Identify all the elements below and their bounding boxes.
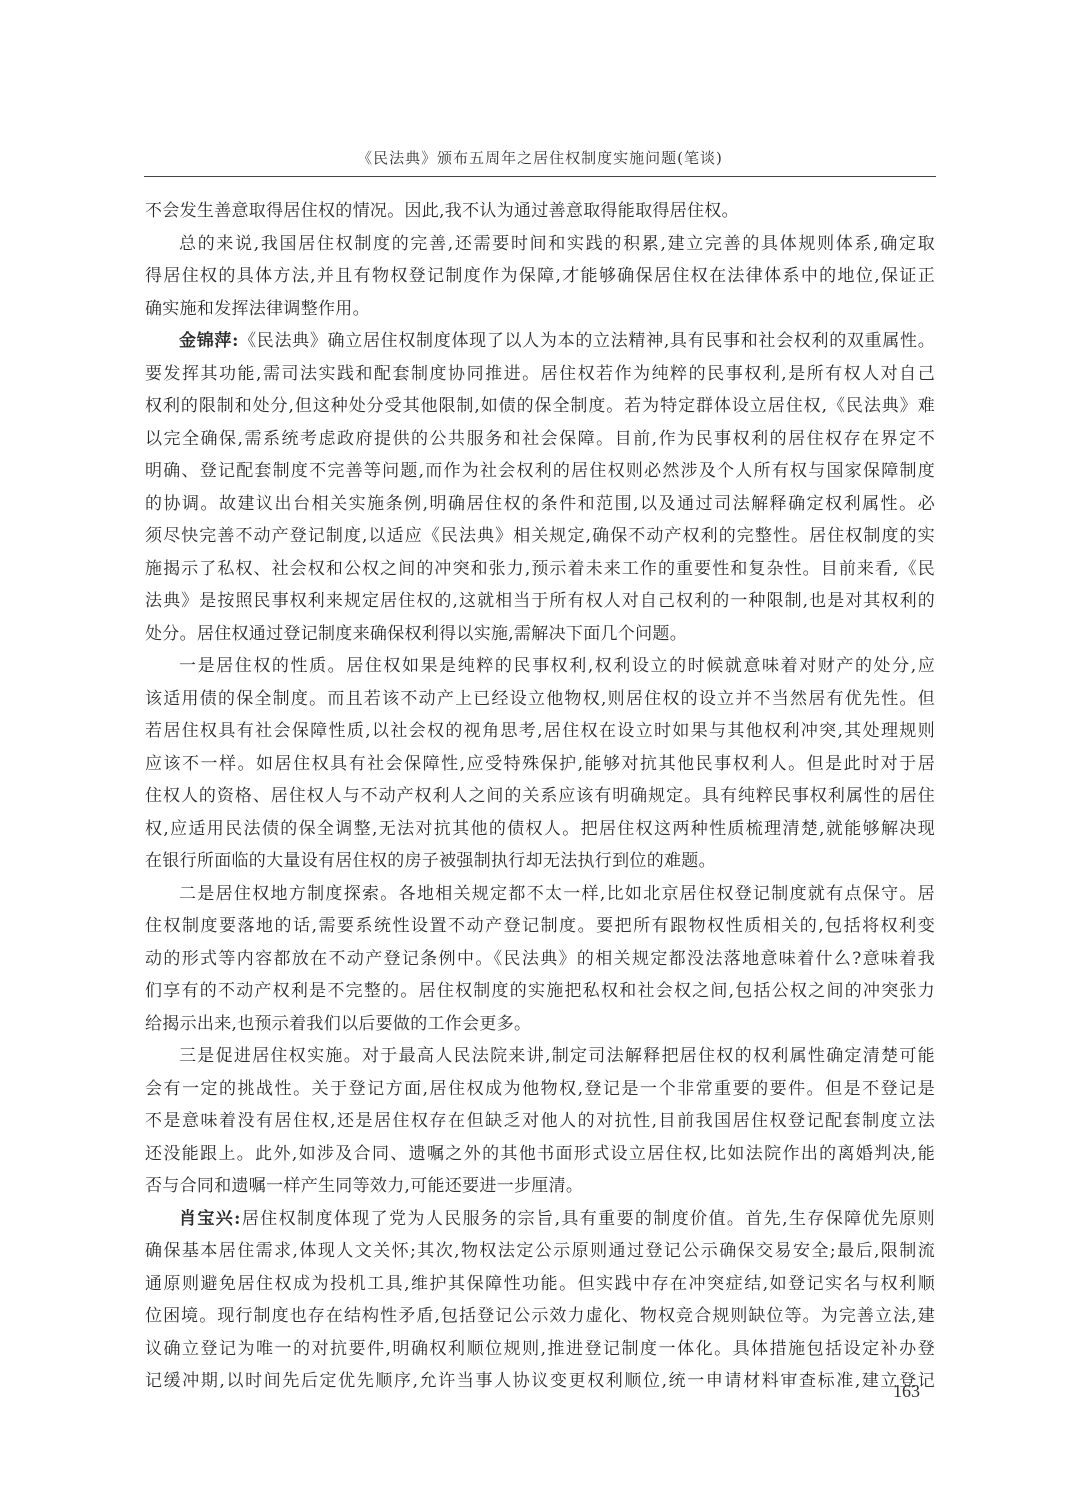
- line-text: 位困境。现行制度也存在结构性矛盾,包括登记公示效力虚化、物权竞合规则缺位等。为完…: [145, 1306, 935, 1326]
- text-line: 位困境。现行制度也存在结构性矛盾,包括登记公示效力虚化、物权竞合规则缺位等。为完…: [145, 1300, 935, 1333]
- line-text: 法典》是按照民事权利来规定居住权的,这就相当于所有权人对自己权利的一种限制,也是…: [145, 591, 935, 611]
- line-text: 否与合同和遗嘱一样产生同等效力,可能还要进一步厘清。: [145, 1176, 583, 1196]
- speaker-name: 金锦萍:: [179, 331, 239, 351]
- line-text: 在银行所面临的大量设有居住权的房子被强制执行却无法执行到位的难题。: [145, 851, 716, 871]
- paragraph: 不会发生善意取得居住权的情况。因此,我不认为通过善意取得能取得居住权。: [145, 195, 935, 228]
- line-text: 不是意味着没有居住权,还是居住权存在但缺乏对他人的对抗性,目前我国居住权登记配套…: [145, 1111, 935, 1131]
- text-line: 议确立登记为唯一的对抗要件,明确权利顺位规则,推进登记制度一体化。具体措施包括设…: [145, 1333, 935, 1366]
- text-line: 若居住权具有社会保障性质,以社会权的视角思考,居住权在设立时如果与其他权利冲突,…: [145, 715, 935, 748]
- text-line: 以完全确保,需系统考虑政府提供的公共服务和社会保障。目前,作为民事权利的居住权存…: [145, 423, 935, 456]
- text-line: 须尽快完善不动产登记制度,以适应《民法典》相关规定,确保不动产权利的完整性。居住…: [145, 520, 935, 553]
- line-text: 确保基本居住需求,体现人文关怀;其次,物权法定公示原则通过登记公示确保交易安全;…: [145, 1241, 935, 1261]
- line-text: 们享有的不动产权利是不完整的。居住权制度的实施把私权和社会权之间,包括公权之间的…: [145, 981, 935, 1001]
- line-text: 须尽快完善不动产登记制度,以适应《民法典》相关规定,确保不动产权利的完整性。居住…: [145, 526, 935, 546]
- line-text: 处分。居住权通过登记制度来确保权利得以实施,需解决下面几个问题。: [145, 624, 687, 644]
- text-line: 权利的限制和处分,但这种处分受其他限制,如债的保全制度。若为特定群体设立居住权,…: [145, 390, 935, 423]
- header-rule: [144, 176, 936, 177]
- text-line: 住权制度要落地的话,需要系统性设置不动产登记制度。要把所有跟物权性质相关的,包括…: [145, 910, 935, 943]
- line-text: 给揭示出来,也预示着我们以后要做的工作会更多。: [145, 1014, 531, 1034]
- line-text: 总的来说,我国居住权制度的完善,还需要时间和实践的积累,建立完善的具体规则体系,…: [179, 234, 935, 254]
- paragraph: 三是促进居住权实施。对于最高人民法院来讲,制定司法解释把居住权的权利属性确定清楚…: [145, 1040, 935, 1203]
- line-text: 要发挥其功能,需司法实践和配套制度协同推进。居住权若作为纯粹的民事权利,是所有权…: [145, 364, 935, 384]
- line-text: 确实施和发挥法律调整作用。: [145, 299, 370, 319]
- text-line: 否与合同和遗嘱一样产生同等效力,可能还要进一步厘清。: [145, 1170, 935, 1203]
- page-number: 163: [893, 1381, 920, 1402]
- text-line: 的协调。故建议出台相关实施条例,明确居住权的条件和范围,以及通过司法解释确定权利…: [145, 488, 935, 521]
- text-line: 要发挥其功能,需司法实践和配套制度协同推进。居住权若作为纯粹的民事权利,是所有权…: [145, 358, 935, 391]
- paragraph: 金锦萍:《民法典》确立居住权制度体现了以人为本的立法精神,具有民事和社会权利的双…: [145, 325, 935, 650]
- text-line: 们享有的不动产权利是不完整的。居住权制度的实施把私权和社会权之间,包括公权之间的…: [145, 975, 935, 1008]
- line-text: 若居住权具有社会保障性质,以社会权的视角思考,居住权在设立时如果与其他权利冲突,…: [145, 721, 935, 741]
- text-line: 金锦萍:《民法典》确立居住权制度体现了以人为本的立法精神,具有民事和社会权利的双…: [145, 325, 935, 358]
- paragraph: 二是居住权地方制度探索。各地相关规定都不太一样,比如北京居住权登记制度就有点保守…: [145, 878, 935, 1041]
- line-text: 权,应适用民法债的保全调整,无法对抗其他的债权人。把居住权这两种性质梳理清楚,就…: [145, 819, 935, 839]
- text-line: 确保基本居住需求,体现人文关怀;其次,物权法定公示原则通过登记公示确保交易安全;…: [145, 1235, 935, 1268]
- line-text: 还没能跟上。此外,如涉及合同、遗嘱之外的其他书面形式设立居住权,比如法院作出的离…: [145, 1144, 935, 1164]
- line-text: 明确、登记配套制度不完善等问题,而作为社会权利的居住权则必然涉及个人所有权与国家…: [145, 461, 935, 481]
- line-text: 三是促进居住权实施。对于最高人民法院来讲,制定司法解释把居住权的权利属性确定清楚…: [179, 1046, 935, 1066]
- line-text: 权利的限制和处分,但这种处分受其他限制,如债的保全制度。若为特定群体设立居住权,…: [145, 396, 935, 416]
- line-text: 不会发生善意取得居住权的情况。因此,我不认为通过善意取得能取得居住权。: [145, 201, 739, 221]
- line-text: 居住权制度体现了党为人民服务的宗旨,具有重要的制度价值。首先,生存保障优先原则: [241, 1209, 935, 1229]
- text-line: 记缓冲期,以时间先后定优先顺序,允许当事人协议变更权利顺位,统一申请材料审查标准…: [145, 1365, 935, 1398]
- line-text: 会有一定的挑战性。关于登记方面,居住权成为他物权,登记是一个非常重要的要件。但是…: [145, 1079, 935, 1099]
- text-line: 动的形式等内容都放在不动产登记条例中。《民法典》的相关规定都没法落地意味着什么?…: [145, 943, 935, 976]
- text-line: 二是居住权地方制度探索。各地相关规定都不太一样,比如北京居住权登记制度就有点保守…: [145, 878, 935, 911]
- text-line: 施揭示了私权、社会权和公权之间的冲突和张力,预示着未来工作的重要性和复杂性。目前…: [145, 553, 935, 586]
- line-text: 得居住权的具体方法,并且有物权登记制度作为保障,才能够确保居住权在法律体系中的地…: [145, 266, 935, 286]
- paragraph: 一是居住权的性质。居住权如果是纯粹的民事权利,权利设立的时候就意味着对财产的处分…: [145, 650, 935, 878]
- running-head-title: 《民法典》颁布五周年之居住权制度实施问题(笔谈): [145, 147, 935, 168]
- text-line: 还没能跟上。此外,如涉及合同、遗嘱之外的其他书面形式设立居住权,比如法院作出的离…: [145, 1138, 935, 1171]
- text-line: 会有一定的挑战性。关于登记方面,居住权成为他物权,登记是一个非常重要的要件。但是…: [145, 1073, 935, 1106]
- text-line: 肖宝兴:居住权制度体现了党为人民服务的宗旨,具有重要的制度价值。首先,生存保障优…: [145, 1203, 935, 1236]
- text-line: 在银行所面临的大量设有居住权的房子被强制执行却无法执行到位的难题。: [145, 845, 935, 878]
- text-line: 一是居住权的性质。居住权如果是纯粹的民事权利,权利设立的时候就意味着对财产的处分…: [145, 650, 935, 683]
- paragraph: 总的来说,我国居住权制度的完善,还需要时间和实践的积累,建立完善的具体规则体系,…: [145, 228, 935, 326]
- line-text: 施揭示了私权、社会权和公权之间的冲突和张力,预示着未来工作的重要性和复杂性。目前…: [145, 559, 935, 579]
- line-text: 议确立登记为唯一的对抗要件,明确权利顺位规则,推进登记制度一体化。具体措施包括设…: [145, 1339, 935, 1359]
- line-text: 以完全确保,需系统考虑政府提供的公共服务和社会保障。目前,作为民事权利的居住权存…: [145, 429, 935, 449]
- line-text: 记缓冲期,以时间先后定优先顺序,允许当事人协议变更权利顺位,统一申请材料审查标准…: [145, 1371, 935, 1391]
- line-text: 动的形式等内容都放在不动产登记条例中。《民法典》的相关规定都没法落地意味着什么?…: [145, 949, 935, 969]
- text-line: 给揭示出来,也预示着我们以后要做的工作会更多。: [145, 1008, 935, 1041]
- line-text: 应该不一样。如居住权具有社会保障性,应受特殊保护,能够对抗其他民事权利人。但是此…: [145, 754, 935, 774]
- text-line: 权,应适用民法债的保全调整,无法对抗其他的债权人。把居住权这两种性质梳理清楚,就…: [145, 813, 935, 846]
- line-text: 住权制度要落地的话,需要系统性设置不动产登记制度。要把所有跟物权性质相关的,包括…: [145, 916, 935, 936]
- speaker-name: 肖宝兴:: [179, 1209, 241, 1229]
- line-text: 二是居住权地方制度探索。各地相关规定都不太一样,比如北京居住权登记制度就有点保守…: [179, 884, 935, 904]
- text-line: 处分。居住权通过登记制度来确保权利得以实施,需解决下面几个问题。: [145, 618, 935, 651]
- line-text: 该适用债的保全制度。而且若该不动产上已经设立他物权,则居住权的设立并不当然居有优…: [145, 689, 935, 709]
- text-line: 不是意味着没有居住权,还是居住权存在但缺乏对他人的对抗性,目前我国居住权登记配套…: [145, 1105, 935, 1138]
- text-line: 该适用债的保全制度。而且若该不动产上已经设立他物权,则居住权的设立并不当然居有优…: [145, 683, 935, 716]
- paragraph: 肖宝兴:居住权制度体现了党为人民服务的宗旨,具有重要的制度价值。首先,生存保障优…: [145, 1203, 935, 1398]
- text-line: 三是促进居住权实施。对于最高人民法院来讲,制定司法解释把居住权的权利属性确定清楚…: [145, 1040, 935, 1073]
- text-line: 得居住权的具体方法,并且有物权登记制度作为保障,才能够确保居住权在法律体系中的地…: [145, 260, 935, 293]
- text-line: 住权人的资格、居住权人与不动产权利人之间的关系应该有明确规定。具有纯粹民事权利属…: [145, 780, 935, 813]
- text-line: 总的来说,我国居住权制度的完善,还需要时间和实践的积累,建立完善的具体规则体系,…: [145, 228, 935, 261]
- line-text: 一是居住权的性质。居住权如果是纯粹的民事权利,权利设立的时候就意味着对财产的处分…: [179, 656, 935, 676]
- text-line: 应该不一样。如居住权具有社会保障性,应受特殊保护,能够对抗其他民事权利人。但是此…: [145, 748, 935, 781]
- line-text: 住权人的资格、居住权人与不动产权利人之间的关系应该有明确规定。具有纯粹民事权利属…: [145, 786, 935, 806]
- line-text: 《民法典》确立居住权制度体现了以人为本的立法精神,具有民事和社会权利的双重属性。: [239, 331, 935, 351]
- text-line: 法典》是按照民事权利来规定居住权的,这就相当于所有权人对自己权利的一种限制,也是…: [145, 585, 935, 618]
- article-body: 不会发生善意取得居住权的情况。因此,我不认为通过善意取得能取得居住权。总的来说,…: [145, 195, 935, 1398]
- text-line: 不会发生善意取得居住权的情况。因此,我不认为通过善意取得能取得居住权。: [145, 195, 935, 228]
- line-text: 通原则避免居住权成为投机工具,维护其保障性功能。但实践中存在冲突症结,如登记实名…: [145, 1274, 935, 1294]
- text-line: 确实施和发挥法律调整作用。: [145, 293, 935, 326]
- line-text: 的协调。故建议出台相关实施条例,明确居住权的条件和范围,以及通过司法解释确定权利…: [145, 494, 935, 514]
- text-line: 通原则避免居住权成为投机工具,维护其保障性功能。但实践中存在冲突症结,如登记实名…: [145, 1268, 935, 1301]
- text-line: 明确、登记配套制度不完善等问题,而作为社会权利的居住权则必然涉及个人所有权与国家…: [145, 455, 935, 488]
